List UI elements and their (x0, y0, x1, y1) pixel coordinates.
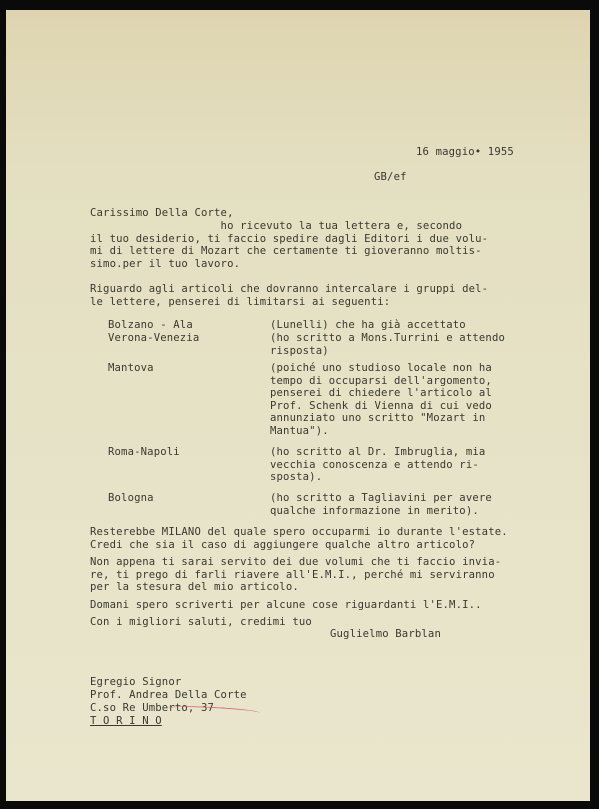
salutation: Carissimo Della Corte, (90, 207, 234, 220)
paragraph-emi: Domani spero scriverti per alcune cose r… (90, 599, 482, 612)
address-city: T O R I N O (90, 715, 162, 728)
paragraph-milano: Resterebbe MILANO del quale spero occupa… (90, 526, 508, 551)
paragraph-volumes: Non appena ti sarai servito dei due volu… (90, 556, 501, 594)
reference-initials: GB/ef (374, 171, 407, 184)
article-place: Bologna (108, 492, 154, 505)
article-place: Roma-Napoli (108, 446, 180, 459)
closing: Con i migliori saluti, credimi tuo (90, 616, 312, 629)
address-name: Prof. Andrea Della Corte (90, 689, 247, 702)
article-note: (poiché uno studioso locale non ha tempo… (270, 362, 492, 438)
article-place: Verona-Venezia (108, 332, 199, 345)
red-pencil-mark (168, 705, 260, 717)
signature: Guglielmo Barblan (330, 628, 441, 641)
article-place: Mantova (108, 362, 154, 375)
article-note: (ho scritto al Dr. Imbruglia, mia vecchi… (270, 446, 485, 484)
letter-page: 16 maggio• 1955 GB/ef Carissimo Della Co… (6, 10, 590, 801)
letter-date: 16 maggio• 1955 (416, 146, 514, 159)
article-note: (ho scritto a Tagliavini per avere qualc… (270, 492, 492, 517)
article-note: (Lunelli) che ha già accettato (270, 319, 466, 332)
article-place: Bolzano - Ala (108, 319, 193, 332)
article-note: (ho scritto a Mons.Turrini e attendo ris… (270, 332, 505, 357)
paragraph-intro: ho ricevuto la tua lettera e, secondo il… (90, 220, 488, 270)
address-salutation: Egregio Signor (90, 676, 181, 689)
paragraph-articles-intro: Riguardo agli articoli che dovranno inte… (90, 283, 488, 308)
